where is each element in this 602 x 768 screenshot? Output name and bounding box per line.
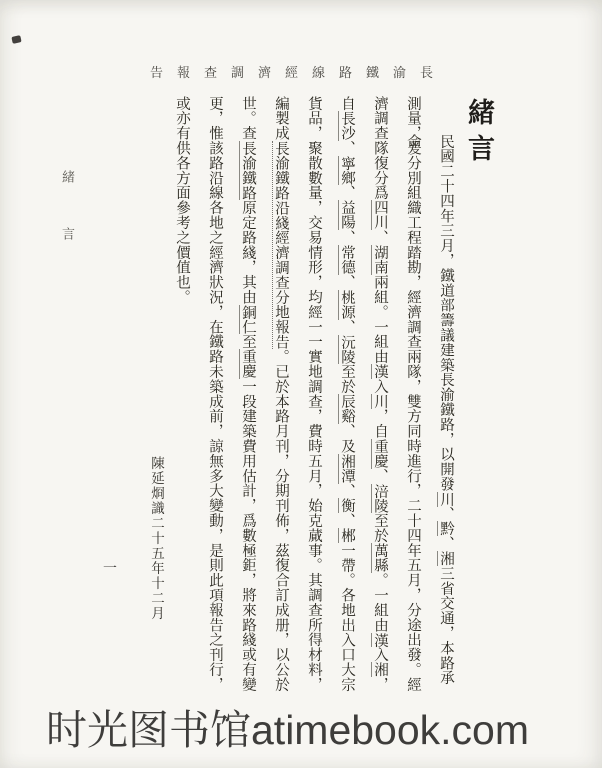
running-head-title: 告報查調濟經線路鐵渝長: [150, 62, 450, 81]
proper-noun-mark: 湖南: [371, 245, 388, 275]
text-run: 、: [438, 507, 454, 522]
text-run: 、: [438, 536, 454, 551]
text-run: 更，惟該路沿線各地之經濟狀況，在鐵路未築成前，諒無多大變動，是則此項報告之刊行，: [207, 96, 223, 692]
text-run: 、: [339, 185, 355, 200]
text-run: 一段建築費用估計，爲數極鉅，將來路綫或有變: [240, 379, 256, 692]
proper-noun-mark: 涪陵: [371, 484, 388, 514]
book-title-mark: 長渝鐵路沿綫經濟調查分地報告: [272, 141, 289, 350]
text-column: 濟調查隊復分爲四川、湖南兩組。一組由漢入川，自重慶、涪陵至於萬縣。一組由漢入湘，: [363, 96, 396, 694]
text-run: 、: [339, 275, 355, 290]
text-column: 貨品，聚散數量，交易情形，均經一一實地調查，費時五月，始克蕆事。其調查所得材料，: [297, 96, 330, 694]
proper-noun-mark: 黔: [437, 521, 454, 536]
section-title: 緒言: [462, 96, 499, 694]
proper-noun-mark: 湘潭: [338, 454, 355, 484]
proper-noun-mark: 桃源: [338, 290, 355, 320]
text-run: 至: [240, 334, 256, 349]
proper-noun-mark: 漢: [371, 633, 388, 648]
text-run: 、: [339, 513, 355, 528]
proper-noun-mark: 湘: [437, 551, 454, 566]
author-signature: 陳延烱識二十五年十二月: [146, 456, 166, 631]
text-run: 原定路綫，其由: [240, 200, 256, 304]
main-text-block: 緒言 民國二十四年三月，鐵道部籌議建築長渝鐵路，以開發川、黔、湘三省交通，本路承…: [165, 96, 499, 694]
scan-artifact-speck: [11, 35, 21, 44]
text-run: 、: [339, 230, 355, 245]
text-run: 、: [372, 230, 388, 245]
text-run: 至於: [372, 513, 388, 543]
text-run: 自: [339, 96, 355, 111]
proper-noun-mark: 川: [371, 394, 388, 409]
proper-noun-mark: 長沙: [338, 111, 355, 141]
text-run: 至於: [339, 364, 355, 394]
text-run: 入: [372, 379, 388, 394]
text-run: 、: [339, 320, 355, 335]
text-run: 。一組由: [372, 573, 388, 633]
text-run: 、: [339, 141, 355, 156]
text-run: 、: [372, 469, 388, 484]
text-run: 貨品，聚散數量，交易情形，均經一一實地調查，費時五月，始克蕆事。其調查所得材料，: [306, 96, 322, 692]
proper-noun-mark: 益陽: [338, 200, 355, 230]
proper-noun-mark: 漢: [371, 364, 388, 379]
text-run: 、: [339, 484, 355, 499]
proper-noun-mark: 常德: [338, 245, 355, 275]
proper-noun-mark: 銅仁: [239, 305, 256, 335]
text-column: 更，惟該路沿線各地之經濟狀況，在鐵路未築成前，諒無多大變動，是則此項報告之刊行，: [198, 96, 231, 694]
text-run: 民國二十四年三月，鐵道部籌議建築長渝鐵路，以開發: [438, 134, 454, 492]
proper-noun-mark: 郴: [338, 528, 355, 543]
text-column: 編製成長渝鐵路沿綫經濟調查分地報告。已於本路月刊，分期刊佈，茲復合訂成册，以公於: [264, 96, 297, 694]
proper-noun-mark: 沅陵: [338, 335, 355, 365]
text-run: 一帶。各地出入口大宗: [339, 543, 355, 692]
text-run: 測量，爰分別組織工程踏勘，經濟調查兩隊，雙方同時進行，二十四年五月，分途出發。經: [405, 96, 421, 692]
text-column: 自長沙、寧鄉、益陽、常德、桃源、沅陵至於辰谿、及湘潭、衡、郴一帶。各地出入口大宗: [330, 96, 363, 694]
text-run: 、及: [339, 424, 355, 454]
text-column: 世。查長渝鐵路原定路綫，其由銅仁至重慶一段建築費用估計，爲數極鉅，將來路綫或有變: [231, 96, 264, 694]
text-run: 。已於本路月刊，分期刊佈，茲復合訂成册，以公於: [273, 349, 289, 692]
text-column: 或亦有供各方面參考之價值也。: [165, 96, 198, 694]
proper-noun-mark: 重慶: [371, 439, 388, 469]
proper-noun-mark: 衡: [338, 498, 355, 513]
scanned-page: 告報查調濟經線路鐵渝長 緒言 民國二十四年三月，鐵道部籌議建築長渝鐵路，以開發川…: [0, 0, 602, 768]
text-column: 測量，爰分別組織工程踏勘，經濟調查兩隊，雙方同時進行，二十四年五月，分途出發。經: [396, 96, 429, 694]
page-number: 一: [103, 558, 117, 578]
text-column: 民國二十四年三月，鐵道部籌議建築長渝鐵路，以開發川、黔、湘三省交通，本路承命: [429, 96, 462, 694]
text-run: 濟調查隊復分爲: [372, 96, 388, 200]
proper-noun-mark: 長渝鐵路: [239, 141, 256, 201]
proper-noun-mark: 湘: [371, 662, 388, 677]
text-run: 或亦有供各方面參考之價值也。: [174, 96, 190, 305]
text-run: 編製成: [273, 96, 289, 141]
proper-noun-mark: 川: [437, 492, 454, 507]
library-watermark: 时光图书馆atimebook.com: [46, 697, 529, 756]
proper-noun-mark: 重慶: [239, 349, 256, 379]
text-run: 兩組。一組由: [372, 275, 388, 364]
proper-noun-mark: 辰谿: [338, 394, 355, 424]
text-run: ，: [372, 677, 388, 692]
proper-noun-mark: 寧鄉: [338, 156, 355, 186]
text-run: 世。查: [240, 96, 256, 141]
proper-noun-mark: 萬縣: [371, 543, 388, 573]
text-run: ，自: [372, 409, 388, 439]
margin-section-label: 緒言: [58, 170, 77, 300]
text-run: 入: [372, 647, 388, 662]
proper-noun-mark: 四川: [371, 200, 388, 230]
